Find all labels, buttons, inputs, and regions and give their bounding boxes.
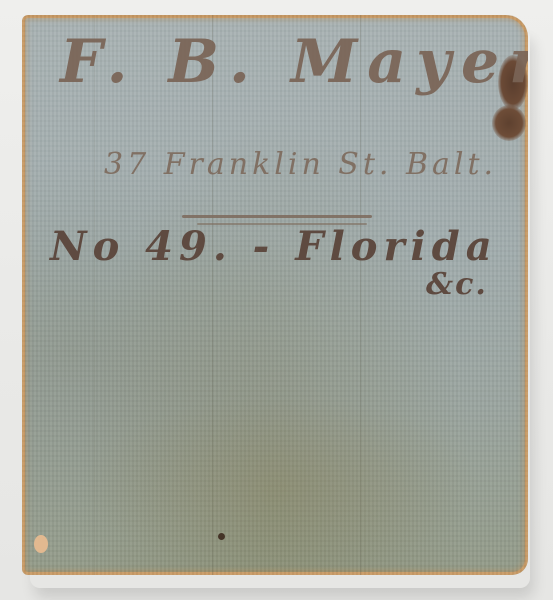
address-inscription: 37 Franklin St. Balt. xyxy=(104,147,497,182)
volume-title-inscription: No 49. - Florida xyxy=(50,223,498,270)
underline-rule xyxy=(182,215,372,218)
notebook-cover: F. B. Mayer 37 Franklin St. Balt. No 49.… xyxy=(22,15,528,575)
foxing-bottom xyxy=(82,395,482,575)
owner-name-inscription: F. B. Mayer xyxy=(60,27,528,97)
ink-stain-right xyxy=(492,105,526,141)
etcetera-inscription: &c. xyxy=(426,267,488,302)
worn-spot-bottom-left xyxy=(34,535,48,553)
